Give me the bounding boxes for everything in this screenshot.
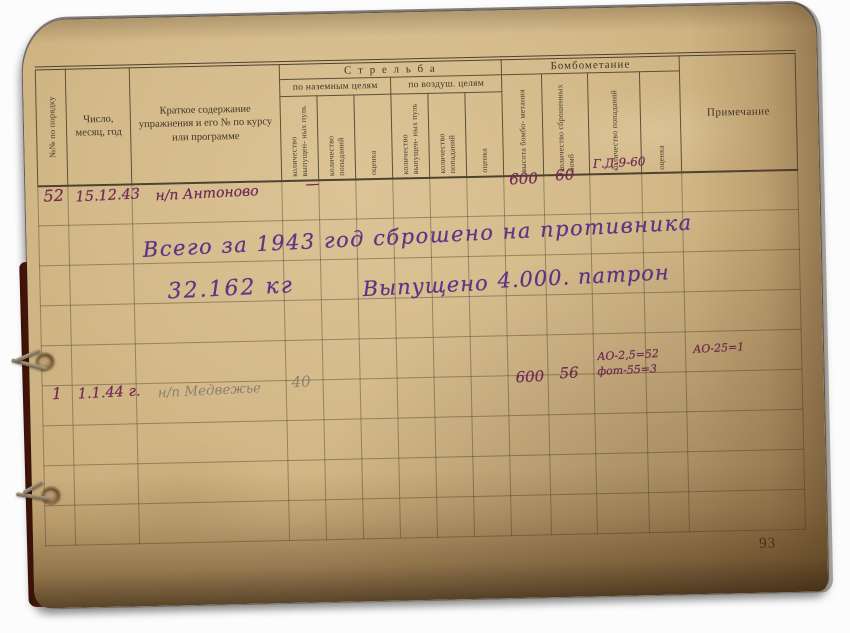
entry-52-ground-fired: —: [305, 176, 320, 193]
table-cell: [683, 209, 800, 252]
table-cell: [361, 418, 399, 459]
table-cell: [359, 338, 397, 379]
table-cell: [682, 169, 799, 212]
table-cell: [362, 458, 400, 499]
table-cell: [40, 305, 71, 346]
col-header-ground-grade: оценка: [354, 94, 393, 179]
entry-52-number: 52: [43, 186, 64, 206]
col-header-date: Число, месяц, год: [65, 66, 132, 185]
table-cell: [433, 337, 471, 378]
col-header-ground-hits-label: количество попаданий: [325, 98, 347, 176]
col-header-remark: Примечание: [679, 52, 798, 172]
table-cell: [592, 293, 645, 334]
table-cell: [436, 456, 474, 497]
table-cell: [509, 415, 550, 456]
page-number: 93: [759, 535, 777, 553]
table-cell: [551, 494, 598, 535]
table-cell: [434, 377, 472, 418]
table-cell: [648, 452, 689, 493]
col-header-bomb-grade-label: оценка: [655, 73, 667, 169]
col-header-air-hits: количество попаданий: [428, 93, 467, 178]
table-cell: [642, 172, 683, 213]
table-cell: [644, 292, 685, 333]
table-cell: [472, 416, 510, 457]
table-cell: [71, 344, 136, 385]
table-cell: [137, 421, 288, 464]
table-cell: [550, 454, 597, 495]
table-cell: [546, 294, 593, 335]
table-cell: [321, 299, 359, 340]
col-header-row-number: №№ по порядку: [35, 68, 68, 186]
table-cell: [135, 341, 286, 384]
table-cell: [397, 377, 435, 418]
table-cell: [325, 459, 363, 500]
table-cell: [70, 264, 135, 305]
table-cell: [323, 379, 361, 420]
table-cell: [510, 455, 551, 496]
entry-1-ground-fired: 40: [291, 372, 311, 391]
col-header-air-fired: количество выпущен- ных пуль: [391, 93, 430, 178]
table-cell: [39, 225, 70, 266]
table-cell: [73, 424, 138, 465]
table-cell: [432, 297, 470, 338]
col-header-bomb-height: высота бомбо- метания: [502, 74, 544, 176]
table-cell: [393, 177, 431, 218]
table-cell: [134, 301, 285, 344]
table-cell: [284, 300, 322, 341]
table-cell: [70, 304, 135, 345]
table-cell: [396, 337, 434, 378]
col-header-bomb-grade: оценка: [640, 71, 682, 173]
table-cell: [474, 496, 512, 537]
table-cell: [686, 369, 803, 412]
table-cell: [40, 265, 71, 306]
entry-1-bombs-dropped: 56: [559, 363, 579, 382]
table-cell: [597, 493, 650, 534]
table-cell: [358, 298, 396, 339]
col-header-ground-hits: количество попаданий: [317, 95, 356, 180]
col-header-air-fired-label: количество выпущен- ных пуль: [399, 96, 421, 174]
table-cell: [430, 177, 468, 218]
table-cell: [289, 500, 327, 541]
table-cell: [319, 179, 357, 220]
table-cell: [45, 505, 76, 546]
table-cell: [288, 460, 326, 501]
table-cell: [687, 409, 804, 452]
entry-52-bomb-height: 600: [509, 169, 539, 188]
entry-1-date: 1.1.44 г.: [77, 383, 140, 402]
table-cell: [647, 412, 688, 453]
table-cell: [287, 420, 325, 461]
table-cell: [326, 499, 364, 540]
table-cell: [400, 497, 438, 538]
table-cell: [138, 461, 289, 504]
table-cell: [324, 419, 362, 460]
entry-1-number: 1: [51, 384, 62, 403]
table-cell: [688, 449, 805, 492]
table-cell: [320, 259, 358, 300]
entry-52-bombs-dropped: 60: [555, 165, 575, 184]
table-cell: [469, 296, 507, 337]
table-cell: [646, 372, 687, 413]
table-cell: [689, 489, 806, 532]
table-cell: [590, 173, 643, 214]
table-cell: [139, 501, 290, 544]
col-header-bomb-height-label: высота бомбо- метания: [517, 76, 529, 172]
col-header-row-number-label: №№ по порядку: [45, 74, 58, 180]
table-cell: [74, 464, 139, 505]
table-cell: [595, 413, 648, 454]
table-cell: [511, 495, 552, 536]
entry-1-remark: АО-25=1: [693, 340, 745, 356]
entry-52-bomb-note: Г.Д-9-60: [593, 154, 646, 171]
table-cell: [596, 453, 649, 494]
col-header-bombs-dropped-label: количество сброшенных бомб: [555, 75, 577, 171]
scanned-logbook-page: №№ по порядку Число, месяц, год Краткое …: [22, 3, 829, 608]
table-cell: [683, 249, 800, 292]
col-header-air-grade-label: оценка: [478, 95, 490, 173]
table-cell: [594, 373, 647, 414]
col-header-air-hits-label: количество попаданий: [436, 96, 458, 174]
col-header-air-grade: оценка: [465, 92, 504, 177]
table-cell: [506, 295, 547, 336]
table-cell: [470, 336, 508, 377]
table-cell: [356, 178, 394, 219]
table-cell: [435, 417, 473, 458]
col-header-ground-grade-label: оценка: [367, 97, 379, 175]
table-cell: [69, 224, 134, 265]
col-header-ground-fired: количество выпущен- ных пуль: [280, 96, 319, 181]
table-cell: [360, 378, 398, 419]
table-cell: [43, 425, 74, 466]
table-cell: [649, 492, 690, 533]
entry-52-date: 15.12.43: [75, 186, 140, 205]
table-cell: [471, 376, 509, 417]
table-cell: [398, 417, 436, 458]
table-cell: [437, 496, 475, 537]
entry-1-bomb-height: 600: [515, 367, 545, 386]
table-cell: [467, 176, 505, 217]
table-cell: [322, 339, 360, 380]
table-cell: [473, 456, 511, 497]
table-cell: [395, 297, 433, 338]
table-cell: [684, 289, 801, 332]
col-header-ground-fired-label: количество выпущен- ных пуль: [288, 99, 310, 177]
table-cell: [363, 498, 401, 539]
table-cell: [75, 504, 140, 545]
col-header-bombs-dropped: количество сброшенных бомб: [542, 73, 590, 175]
table-cell: [399, 457, 437, 498]
table-cell: [549, 414, 596, 455]
col-header-exercise: Краткое содержание упражнения и его № по…: [129, 63, 282, 184]
